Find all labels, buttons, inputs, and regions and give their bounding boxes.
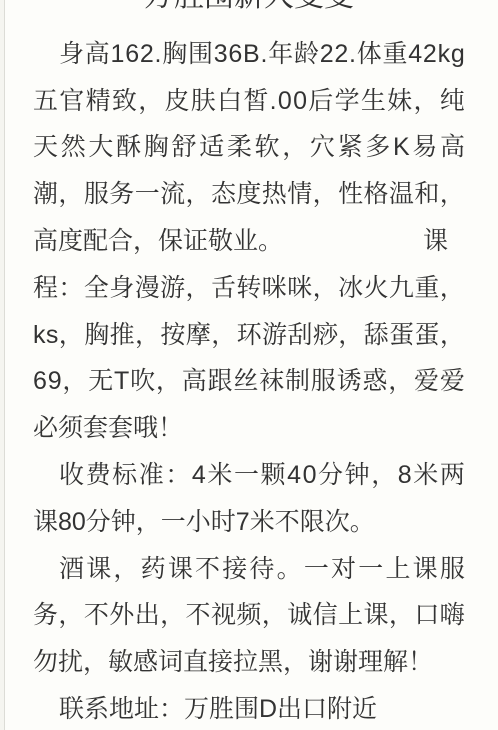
text-line: 勿扰，敏感词直接拉黑，谢谢理解！ <box>33 639 465 686</box>
text-line: 必须套套哦！ <box>33 405 465 452</box>
text-segment: 高度配合，保证敬业。 <box>33 218 283 265</box>
page-title: 万胜围新人雯雯 <box>33 0 465 21</box>
text-line: 联系地址：万胜围D出口附近 <box>33 686 465 730</box>
text-line: 五官精致，皮肤白皙.00后学生妹，纯 <box>33 78 465 125</box>
text-line: 潮，服务一流，态度热情，性格温和， <box>33 171 465 218</box>
text-line: 天然大酥胸舒适柔软，穴紧多K易高 <box>33 124 465 171</box>
document-page: 万胜围新人雯雯 身高162.胸围36B.年龄22.体重42kg 五官精致，皮肤白… <box>0 0 498 730</box>
text-content: 万胜围新人雯雯 身高162.胸围36B.年龄22.体重42kg 五官精致，皮肤白… <box>33 0 465 730</box>
page-left-edge <box>0 0 5 730</box>
text-line: 程：全身漫游，舌转咪咪，冰火九重， <box>33 265 465 312</box>
text-line: 身高162.胸围36B.年龄22.体重42kg <box>33 31 465 78</box>
text-line: ks，胸推，按摩，环游刮痧，舔蛋蛋， <box>33 312 465 359</box>
text-line: 酒课，药课不接待。一对一上课服 <box>33 546 465 593</box>
text-line: 务，不外出，不视频，诚信上课，口嗨 <box>33 592 465 639</box>
text-line: 课80分钟，一小时7米不限次。 <box>33 499 465 546</box>
text-line: 收费标准：4米一颗40分钟，8米两 <box>33 452 465 499</box>
text-segment: 课 <box>423 218 448 265</box>
text-line: 69，无T吹，高跟丝袜制服诱惑，爱爱 <box>33 358 465 405</box>
text-line: 高度配合，保证敬业。 课 <box>33 218 465 265</box>
